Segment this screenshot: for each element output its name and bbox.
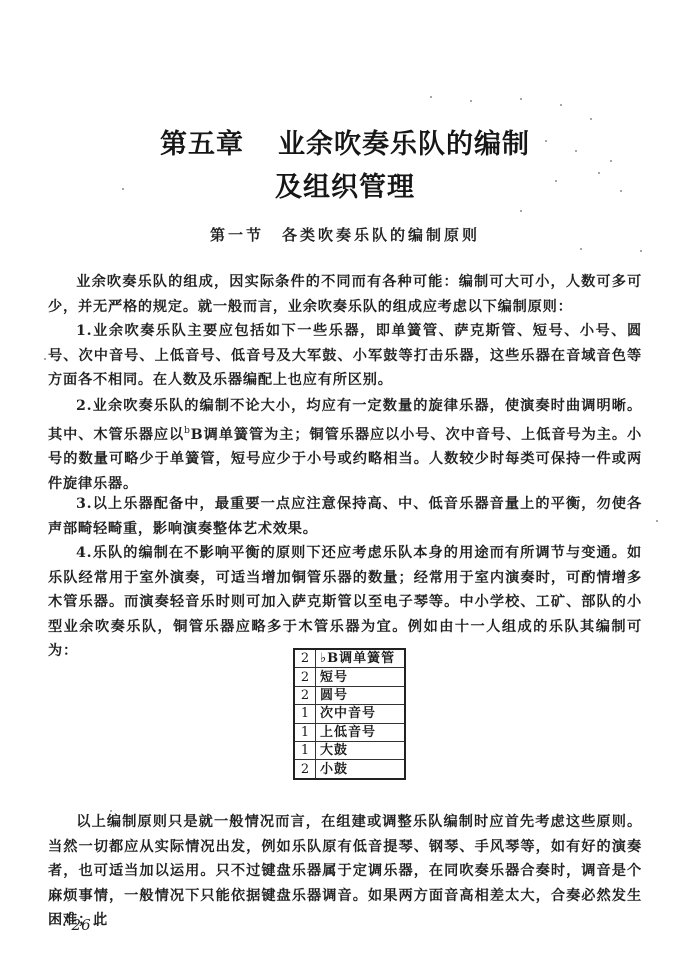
paragraph-principle-1: 1.业余吹奏乐队主要应包括如下一些乐器，即单簧管、萨克斯管、短号、小号、圆号、次…: [48, 319, 642, 393]
instrument-roster-table: 2♭B调单簧管 2短号 2圆号 1次中音号 1上低音号 1大鼓 2小鼓: [293, 648, 406, 780]
page-number: · 26 ·: [62, 916, 100, 934]
section-title-text: 各类吹奏乐队的编制原则: [282, 226, 480, 244]
paragraph-text: 以上编制原则只是就一般情况而言，在组建或调整乐队编制时应首先考虑这些原则。当然一…: [48, 814, 642, 928]
instrument-cell: 大鼓: [316, 741, 406, 759]
instrument-cell: 短号: [316, 668, 406, 686]
section-heading: 第一节各类吹奏乐队的编制原则: [0, 224, 690, 245]
instrument-cell: 上低音号: [316, 723, 406, 741]
count-cell: 2: [294, 760, 316, 779]
paragraph-principle-3: 3.以上乐器配备中，最重要一点应注意保持高、中、低音乐器音量上的平衡，勿使各声部…: [48, 492, 642, 541]
instrument-cell: 次中音号: [316, 705, 406, 723]
table-row: 2圆号: [294, 686, 405, 704]
table-row: 1大鼓: [294, 741, 405, 759]
count-cell: 2: [294, 649, 316, 668]
paragraph-intro: 业余吹奏乐队的组成，因实际条件的不同而有各种可能：编制可大可小，人数可多可少，并…: [48, 270, 642, 319]
count-cell: 2: [294, 668, 316, 686]
section-number: 第一节: [210, 226, 264, 244]
chapter-title-line2: 及组织管理: [0, 165, 690, 204]
instrument-cell: 圆号: [316, 686, 406, 704]
instrument-cell: ♭B调单簧管: [316, 649, 406, 668]
book-page: 第五章业余吹奏乐队的编制 及组织管理 第一节各类吹奏乐队的编制原则 业余吹奏乐队…: [0, 0, 690, 964]
paragraph-conclusion: 以上编制原则只是就一般情况而言，在组建或调整乐队编制时应首先考虑这些原则。当然一…: [48, 810, 642, 933]
count-cell: 2: [294, 686, 316, 704]
count-cell: 1: [294, 723, 316, 741]
count-cell: 1: [294, 705, 316, 723]
table-row: 1次中音号: [294, 705, 405, 723]
paragraph-principle-4: 4.乐队的编制在不影响平衡的原则下还应考虑乐队本身的用途而有所调节与变通。如乐队…: [48, 541, 642, 664]
count-cell: 1: [294, 741, 316, 759]
instrument-cell: 小鼓: [316, 760, 406, 779]
paragraph-text: 1.业余吹奏乐队主要应包括如下一些乐器，即单簧管、萨克斯管、短号、小号、圆号、次…: [48, 323, 642, 388]
chapter-number: 第五章: [160, 129, 244, 160]
paragraph-text: 业余吹奏乐队的组成，因实际条件的不同而有各种可能：编制可大可小，人数可多可少，并…: [48, 274, 642, 315]
table-row: 2♭B调单簧管: [294, 649, 405, 668]
table-row: 1上低音号: [294, 723, 405, 741]
chapter-title-text: 业余吹奏乐队的编制: [278, 129, 530, 160]
table-row: 2短号: [294, 668, 405, 686]
chapter-title-line1: 第五章业余吹奏乐队的编制: [0, 122, 690, 161]
paragraph-text: 4.乐队的编制在不影响平衡的原则下还应考虑乐队本身的用途而有所调节与变通。如乐队…: [48, 545, 642, 659]
paragraph-principle-2: 2.业余吹奏乐队的编制不论大小，均应有一定数量的旋律乐器，使演奏时曲调明晰。其中…: [48, 394, 642, 496]
paragraph-text: 3.以上乐器配备中，最重要一点应注意保持高、中、低音乐器音量上的平衡，勿使各声部…: [48, 496, 642, 537]
table-row: 2小鼓: [294, 760, 405, 779]
